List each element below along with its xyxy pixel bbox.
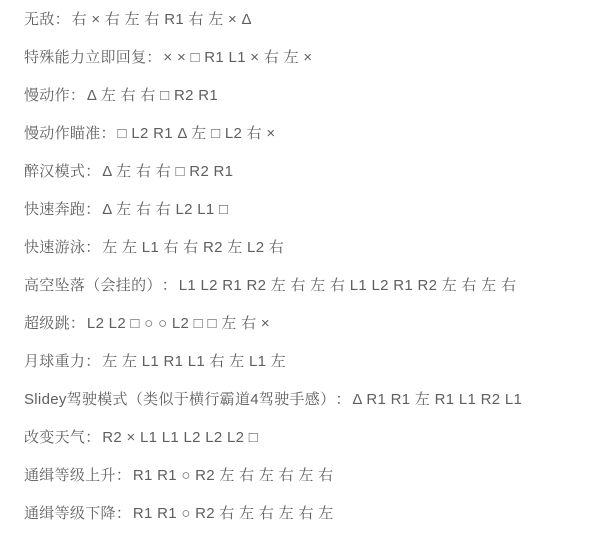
cheat-row: 无敌：右 × 右 左 右 R1 右 左 × Δ: [24, 0, 600, 38]
cheat-row: 慢动作：Δ 左 右 右 □ R2 R1: [24, 76, 600, 114]
cheat-row: 改变天气：R2 × L1 L1 L2 L2 L2 □: [24, 418, 600, 456]
cheat-name: 改变天气: [24, 430, 85, 445]
cheat-code: L1 L2 R1 R2 左 右 左 右 L1 L2 R1 R2 左 右 左 右: [179, 278, 517, 293]
cheat-code: R1 R1 ○ R2 左 右 左 右 左 右: [133, 468, 334, 483]
colon-separator: ：: [85, 354, 100, 369]
colon-separator: ：: [335, 392, 350, 407]
colon-separator: ：: [70, 88, 85, 103]
cheat-code: 左 左 L1 右 右 R2 左 L2 右: [102, 240, 284, 255]
colon-separator: ：: [162, 278, 177, 293]
cheat-code: Δ 左 右 右 L2 L1 □: [102, 202, 228, 217]
cheat-code: □ L2 R1 Δ 左 □ L2 右 ×: [118, 126, 276, 141]
cheat-name: 超级跳: [24, 316, 70, 331]
colon-separator: ：: [85, 202, 100, 217]
cheat-code: 左 左 L1 R1 L1 右 左 L1 左: [102, 354, 286, 369]
cheat-name: 无敌: [24, 12, 55, 27]
colon-separator: ：: [70, 316, 85, 331]
cheat-row: Slidey驾驶模式（类似于横行霸道4驾驶手感）：Δ R1 R1 左 R1 L1…: [24, 380, 600, 418]
cheat-row: 快速游泳：左 左 L1 右 右 R2 左 L2 右: [24, 228, 600, 266]
cheat-code-list: 无敌：右 × 右 左 右 R1 右 左 × Δ 特殊能力立即回复：× × □ R…: [0, 0, 600, 539]
colon-separator: ：: [101, 126, 116, 141]
cheat-code: L2 L2 □ ○ ○ L2 □ □ 左 右 ×: [87, 316, 270, 331]
cheat-row: 月球重力：左 左 L1 R1 L1 右 左 L1 左: [24, 342, 600, 380]
cheat-row: 通缉等级下降：R1 R1 ○ R2 右 左 右 左 右 左: [24, 494, 600, 532]
colon-separator: ：: [116, 468, 131, 483]
cheat-name: 月球重力: [24, 354, 85, 369]
cheat-code: R2 × L1 L1 L2 L2 L2 □: [102, 430, 258, 445]
colon-separator: ：: [85, 430, 100, 445]
cheat-row: 慢动作瞄准：□ L2 R1 Δ 左 □ L2 右 ×: [24, 114, 600, 152]
cheat-name: 慢动作: [24, 88, 70, 103]
cheat-row: 超级跳：L2 L2 □ ○ ○ L2 □ □ 左 右 ×: [24, 304, 600, 342]
cheat-row: 通缉等级上升：R1 R1 ○ R2 左 右 左 右 左 右: [24, 456, 600, 494]
cheat-row: 特殊能力立即回复：× × □ R1 L1 × 右 左 ×: [24, 38, 600, 76]
colon-separator: ：: [85, 164, 100, 179]
cheat-name: 慢动作瞄准: [24, 126, 101, 141]
cheat-row: 快速奔跑：Δ 左 右 右 L2 L1 □: [24, 190, 600, 228]
cheat-code: Δ 左 右 右 □ R2 R1: [87, 88, 218, 103]
cheat-row: 高空坠落（会挂的）：L1 L2 R1 R2 左 右 左 右 L1 L2 R1 R…: [24, 266, 600, 304]
cheat-name: 通缉等级上升: [24, 468, 116, 483]
colon-separator: ：: [146, 50, 161, 65]
cheat-name: 快速奔跑: [24, 202, 85, 217]
colon-separator: ：: [116, 506, 131, 521]
cheat-code: R1 R1 ○ R2 右 左 右 左 右 左: [133, 506, 334, 521]
cheat-name: 醉汉模式: [24, 164, 85, 179]
cheat-name: Slidey驾驶模式（类似于横行霸道4驾驶手感）: [24, 392, 335, 407]
cheat-row: 醉汉模式：Δ 左 右 右 □ R2 R1: [24, 152, 600, 190]
cheat-code: Δ R1 R1 左 R1 L1 R2 L1: [352, 392, 522, 407]
colon-separator: ：: [55, 12, 70, 27]
cheat-code: × × □ R1 L1 × 右 左 ×: [163, 50, 312, 65]
cheat-name: 高空坠落（会挂的）: [24, 278, 162, 293]
cheat-code: Δ 左 右 右 □ R2 R1: [102, 164, 233, 179]
cheat-name: 特殊能力立即回复: [24, 50, 146, 65]
cheat-name: 快速游泳: [24, 240, 85, 255]
colon-separator: ：: [85, 240, 100, 255]
cheat-name: 通缉等级下降: [24, 506, 116, 521]
cheat-code: 右 × 右 左 右 R1 右 左 × Δ: [72, 12, 252, 27]
